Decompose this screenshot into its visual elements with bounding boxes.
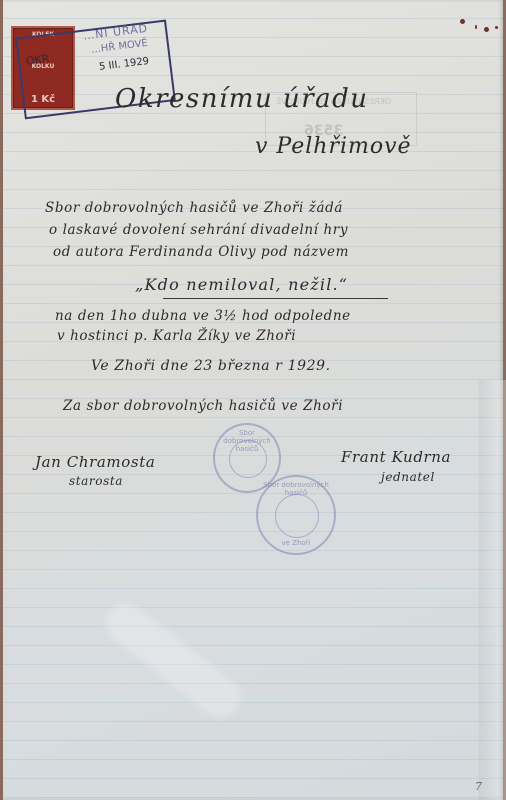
seal-lower-text: Sbor dobrovolných hasičů	[258, 481, 334, 497]
body2-line-2: v hostinci p. Karla Žíky ve Zhoři	[57, 328, 296, 344]
signature-right-name: Frant Kudrna	[341, 448, 451, 466]
on-behalf-line: Za sbor dobrovolných hasičů ve Zhoři	[63, 398, 343, 414]
body-line-2: o laskavé dovolení sehrání divadelní hry	[49, 222, 348, 238]
office-stamp-prefix: OKR	[25, 52, 50, 68]
paper-crease	[98, 595, 249, 725]
body-line-3: od autora Ferdinanda Olivy pod názvem	[53, 244, 349, 260]
office-stamp-date: 5 III. 1929	[99, 56, 150, 73]
signature-left-name: Jan Chramosta	[35, 453, 155, 471]
body2-line-1: na den 1ho dubna ve 3½ hod odpoledne	[55, 308, 351, 324]
seal-lower: Sbor dobrovolných hasičů ve Zhoři	[256, 475, 336, 555]
signature-right-role: jednatel	[381, 470, 435, 484]
document-page: OKRESNÍ ÚŘAD PELHŘIMOVĚ 3536 KOLEK KOLKU…	[3, 0, 503, 800]
page-number: 7	[475, 780, 483, 793]
signature-left-role: starosta	[69, 474, 123, 488]
play-title-underline	[163, 298, 388, 299]
body-line-1: Sbor dobrovolných hasičů ve Zhoři žádá	[45, 200, 343, 216]
date-line: Ve Zhoři dne 23 března r 1929.	[91, 358, 331, 374]
page-fold	[478, 380, 506, 800]
play-title: „Kdo nemiloval, nežil.“	[135, 275, 348, 294]
addressee-line1: Okresnímu úřadu	[115, 84, 369, 114]
seal-upper-text: Sbor dobrovolných hasičů	[215, 429, 279, 453]
seal-lower-bottom: ve Zhoři	[258, 539, 334, 547]
addressee-line2: v Pelhřimově	[255, 134, 412, 159]
